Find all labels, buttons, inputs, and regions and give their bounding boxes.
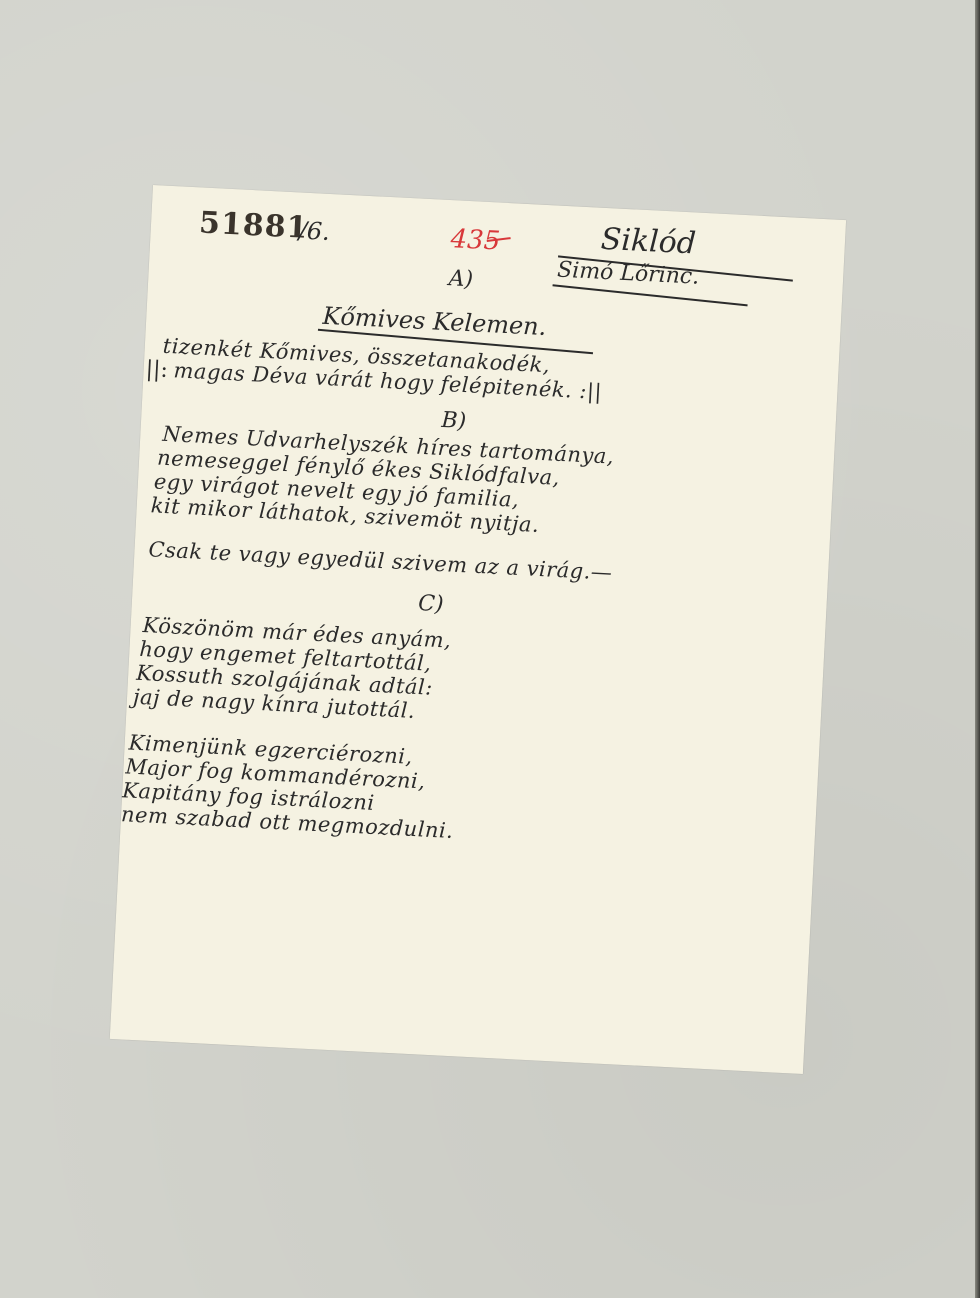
sub-number: /6. <box>298 216 330 246</box>
archive-number: 51881 <box>198 205 309 245</box>
manuscript-sheet: 51881 /6. 435 Siklód Simó Lőrinc. A) Kőm… <box>110 185 846 1074</box>
song-title: Kőmives Kelemen. <box>322 302 547 341</box>
informant-underline <box>552 284 747 306</box>
section-label-b: B) <box>441 408 467 434</box>
mount-edge <box>975 0 980 1298</box>
section-label-a: A) <box>448 266 474 292</box>
informant-name: Simó Lőrinc. <box>557 258 700 290</box>
repeat-open-sign: ||: <box>145 357 168 383</box>
section-label-c: C) <box>418 591 445 617</box>
verse-line: Csak te vagy egyedül szivem az a virág.— <box>148 537 613 584</box>
place-name: Siklód <box>600 222 697 262</box>
